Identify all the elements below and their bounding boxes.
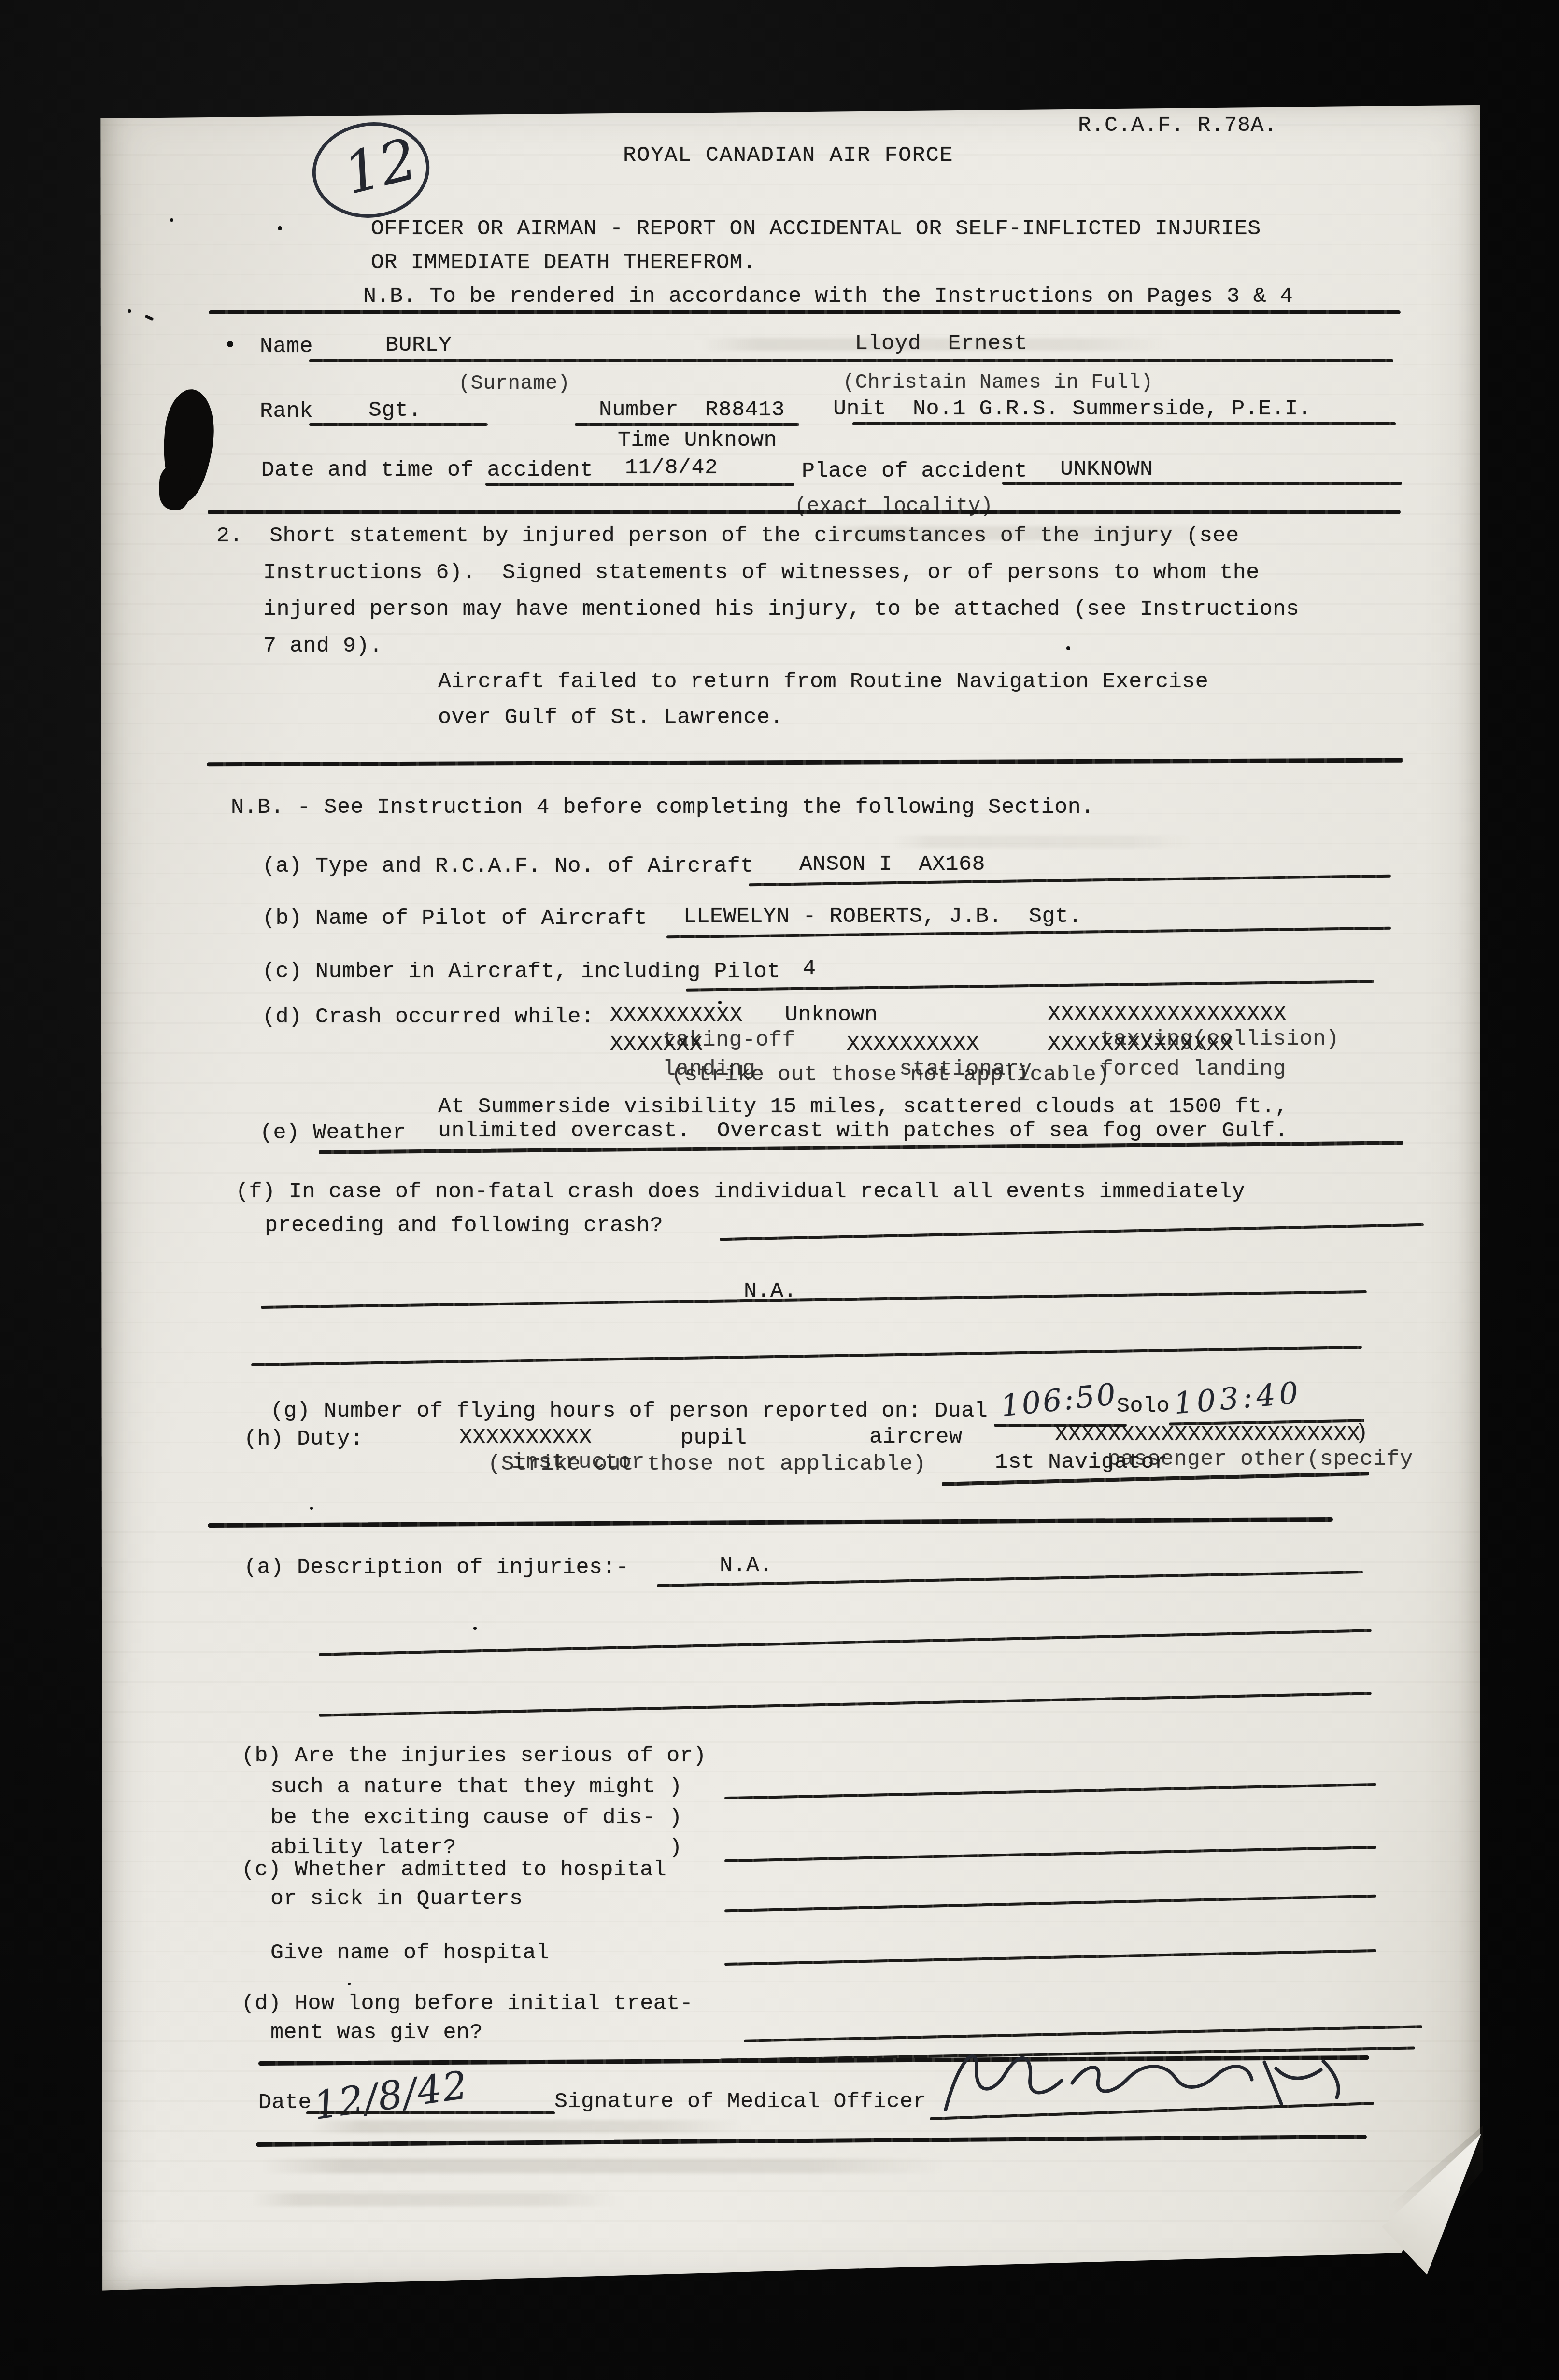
hospital-admitted-line-1: (c) Whether admitted to hospital — [241, 1858, 666, 1882]
injuries-serious-line-3: be the exciting cause of dis- ) — [270, 1806, 682, 1829]
aircraft-type-label: (a) Type and R.C.A.F. No. of Aircraft — [262, 855, 754, 878]
injuries-serious-line-4: ability later? ) — [270, 1836, 682, 1859]
weather-value-line-1: At Summerside visibility 15 miles, scatt… — [438, 1095, 1288, 1119]
solo-label: Solo — [1117, 1395, 1170, 1418]
accident-date-value: 11/8/42 — [625, 456, 718, 480]
treatment-delay-line-2: ment was giv en? — [270, 2021, 483, 2044]
duty-paren: ) — [1355, 1422, 1369, 1445]
statement-line-4: 7 and 9). — [263, 635, 383, 658]
number-field: Number R88413 — [599, 398, 785, 422]
name-underline — [309, 359, 1393, 362]
time-note: Time Unknown — [618, 429, 777, 452]
duty-label: (h) Duty: — [244, 1428, 364, 1451]
statement-line-2: Instructions 6). Signed statements of wi… — [263, 561, 1260, 584]
aircraft-type-value: ANSON I AX168 — [799, 853, 985, 876]
statement-answer-1: Aircraft failed to return from Routine N… — [438, 670, 1208, 694]
duty-value: 1st Navigator — [995, 1451, 1168, 1474]
injuries-description-value: N.A. — [720, 1554, 773, 1577]
scanned-document-page: R.C.A.F. R.78A. ROYAL CANADIAN AIR FORCE… — [0, 0, 1559, 2380]
section-rule — [208, 510, 1401, 514]
handwritten-page-number: 12 — [337, 125, 424, 207]
handwritten-page-number-circle: 12 — [304, 116, 439, 227]
accident-place-label: Place of accident — [802, 460, 1028, 483]
place-underline — [1002, 482, 1402, 485]
number-in-aircraft-value: 4 — [803, 957, 816, 980]
unit-underline — [852, 422, 1396, 425]
injuries-serious-line-2: such a nature that they might ) — [270, 1775, 682, 1799]
date-underline — [306, 2111, 555, 2114]
instruction-note: N.B. - See Instruction 4 before completi… — [231, 796, 1094, 819]
date-underline — [485, 483, 794, 486]
pilot-name-label: (b) Name of Pilot of Aircraft — [262, 907, 648, 930]
injuries-serious-line-1: (b) Are the injuries serious of or) — [241, 1744, 707, 1768]
medical-officer-signature — [932, 2032, 1357, 2136]
name-label: Name — [260, 335, 313, 358]
rank-value: Sgt. — [368, 399, 422, 422]
duty-option-aircrew: aircrew — [869, 1426, 963, 1449]
duty-strike-caption: (Strike out those not applicable) — [488, 1453, 926, 1476]
statement-answer-2: over Gulf of St. Lawrence. — [438, 706, 783, 729]
accident-date-label: Date and time of accident — [261, 459, 594, 482]
subtitle-line-1: OFFICER OR AIRMAN - REPORT ON ACCIDENTAL… — [371, 217, 1261, 241]
rank-label: Rank — [260, 400, 313, 423]
number-in-aircraft-label: (c) Number in Aircraft, including Pilot — [262, 960, 780, 983]
surname-value: BURLY — [385, 334, 452, 357]
number-underline — [575, 423, 799, 426]
hospital-admitted-line-2: or sick in Quarters — [270, 1887, 523, 1911]
subtitle-line-2: OR IMMEDIATE DEATH THEREFROM. — [371, 251, 756, 274]
flying-hours-label: (g) Number of flying hours of person rep… — [270, 1400, 988, 1423]
surname-caption: (Surname) — [458, 373, 570, 395]
unit-field: Unit No.1 G.R.S. Summerside, P.E.I. — [833, 397, 1311, 421]
header-note: N.B. To be rendered in accordance with t… — [363, 285, 1293, 308]
accident-place-value: UNKNOWN — [1060, 458, 1153, 481]
crash-while-label: (d) Crash occurred while: — [262, 1006, 595, 1029]
recall-question-line-1: (f) In case of non-fatal crash does indi… — [236, 1180, 1245, 1204]
recall-question-line-2: preceding and following crash? — [265, 1214, 663, 1237]
weather-value-line-2: unlimited overcast. Overcast with patche… — [438, 1119, 1288, 1143]
duty-option-pupil: pupil — [680, 1427, 747, 1450]
section-rule — [209, 310, 1401, 314]
treatment-delay-line-1: (d) How long before initial treat- — [241, 1992, 693, 2015]
strike-out-caption: (strike out those not applicable) — [671, 1063, 1110, 1087]
weather-label: (e) Weather — [260, 1121, 406, 1145]
form-reference: R.C.A.F. R.78A. — [1078, 114, 1277, 137]
page-title: ROYAL CANADIAN AIR FORCE — [623, 144, 953, 167]
date-label: Date — [258, 2091, 312, 2114]
hospital-name-label: Give name of hospital — [270, 1941, 550, 1965]
pilot-name-value: LLEWELYN - ROBERTS, J.B. Sgt. — [683, 905, 1082, 928]
crash-while-value: Unknown — [785, 1004, 878, 1027]
signature-label: Signature of Medical Officer — [554, 2090, 926, 2113]
rank-underline — [309, 423, 488, 426]
injuries-description-label: (a) Description of injuries:- — [244, 1556, 629, 1579]
christian-caption: (Christain Names in Full) — [843, 372, 1153, 394]
statement-line-3: injured person may have mentioned his in… — [263, 598, 1299, 621]
